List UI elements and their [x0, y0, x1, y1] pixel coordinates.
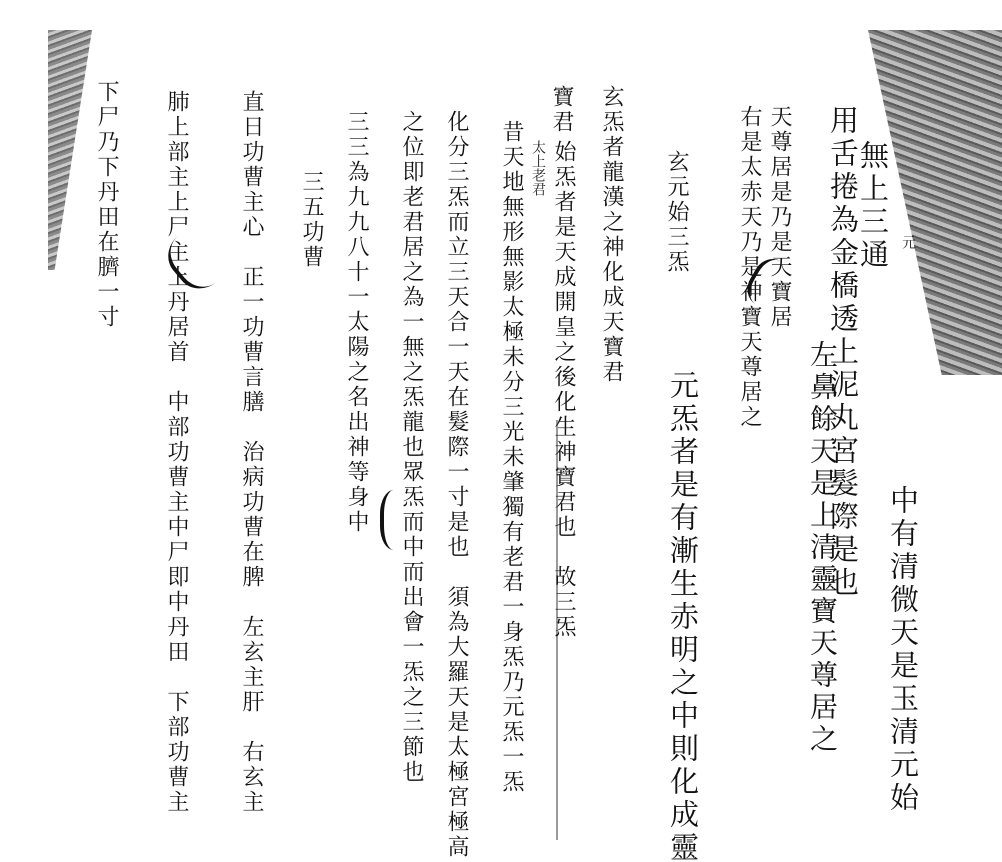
- column-2: 中有清微天是玉清元始: [888, 485, 917, 815]
- column-11: 始炁者是天成開皇之後化生神寶君也 故三炁: [552, 140, 574, 640]
- column-9: 元炁者是有漸生赤明之中則化成靈: [668, 370, 697, 862]
- column-13: 昔天地無形無影太極未分三光未肇獨有老君一身炁乃元炁一炁: [500, 120, 522, 795]
- column-18: 直日功曹主心 正一功曹言膳 治病功曹在脾 左玄主肝 右玄主: [240, 90, 262, 815]
- column-5: 左鼻餘天是上清靈寶天尊居之: [808, 340, 836, 756]
- column-15: 之位即老君居之為一無之炁龍也眾炁而中而出會一炁之三節也: [400, 110, 422, 785]
- column-title: 無上三通: [858, 140, 887, 272]
- column-12: 寶君: [550, 85, 572, 135]
- column-13-annotation: 太上老君: [528, 140, 548, 196]
- column-8: 玄元始三炁: [665, 150, 687, 275]
- manuscript-page: 無上三通 元 中有清微天是玉清元始 用舌捲為金橋透上泥丸宮髮際是也 左鼻餘天是上…: [50, 30, 950, 830]
- column-17: 三五功曹: [300, 170, 322, 270]
- column-14: 化分三炁而立三天合一天在髮際一寸是也 須為大羅天是太極宮極高: [445, 110, 467, 860]
- column-20: 下尸乃下丹田在臍一寸: [95, 80, 117, 330]
- column-10: 玄炁者龍漢之神化成天寶君: [600, 85, 622, 385]
- column-16: 三三為九九八十一太陽之名出神等身中: [345, 110, 367, 535]
- title-annotation: 元: [898, 235, 918, 249]
- column-19: 肺上部主上尸主上丹居首 中部功曹主中尸即中丹田 下部功曹主: [165, 90, 187, 815]
- ink-correction-mark: [380, 490, 414, 550]
